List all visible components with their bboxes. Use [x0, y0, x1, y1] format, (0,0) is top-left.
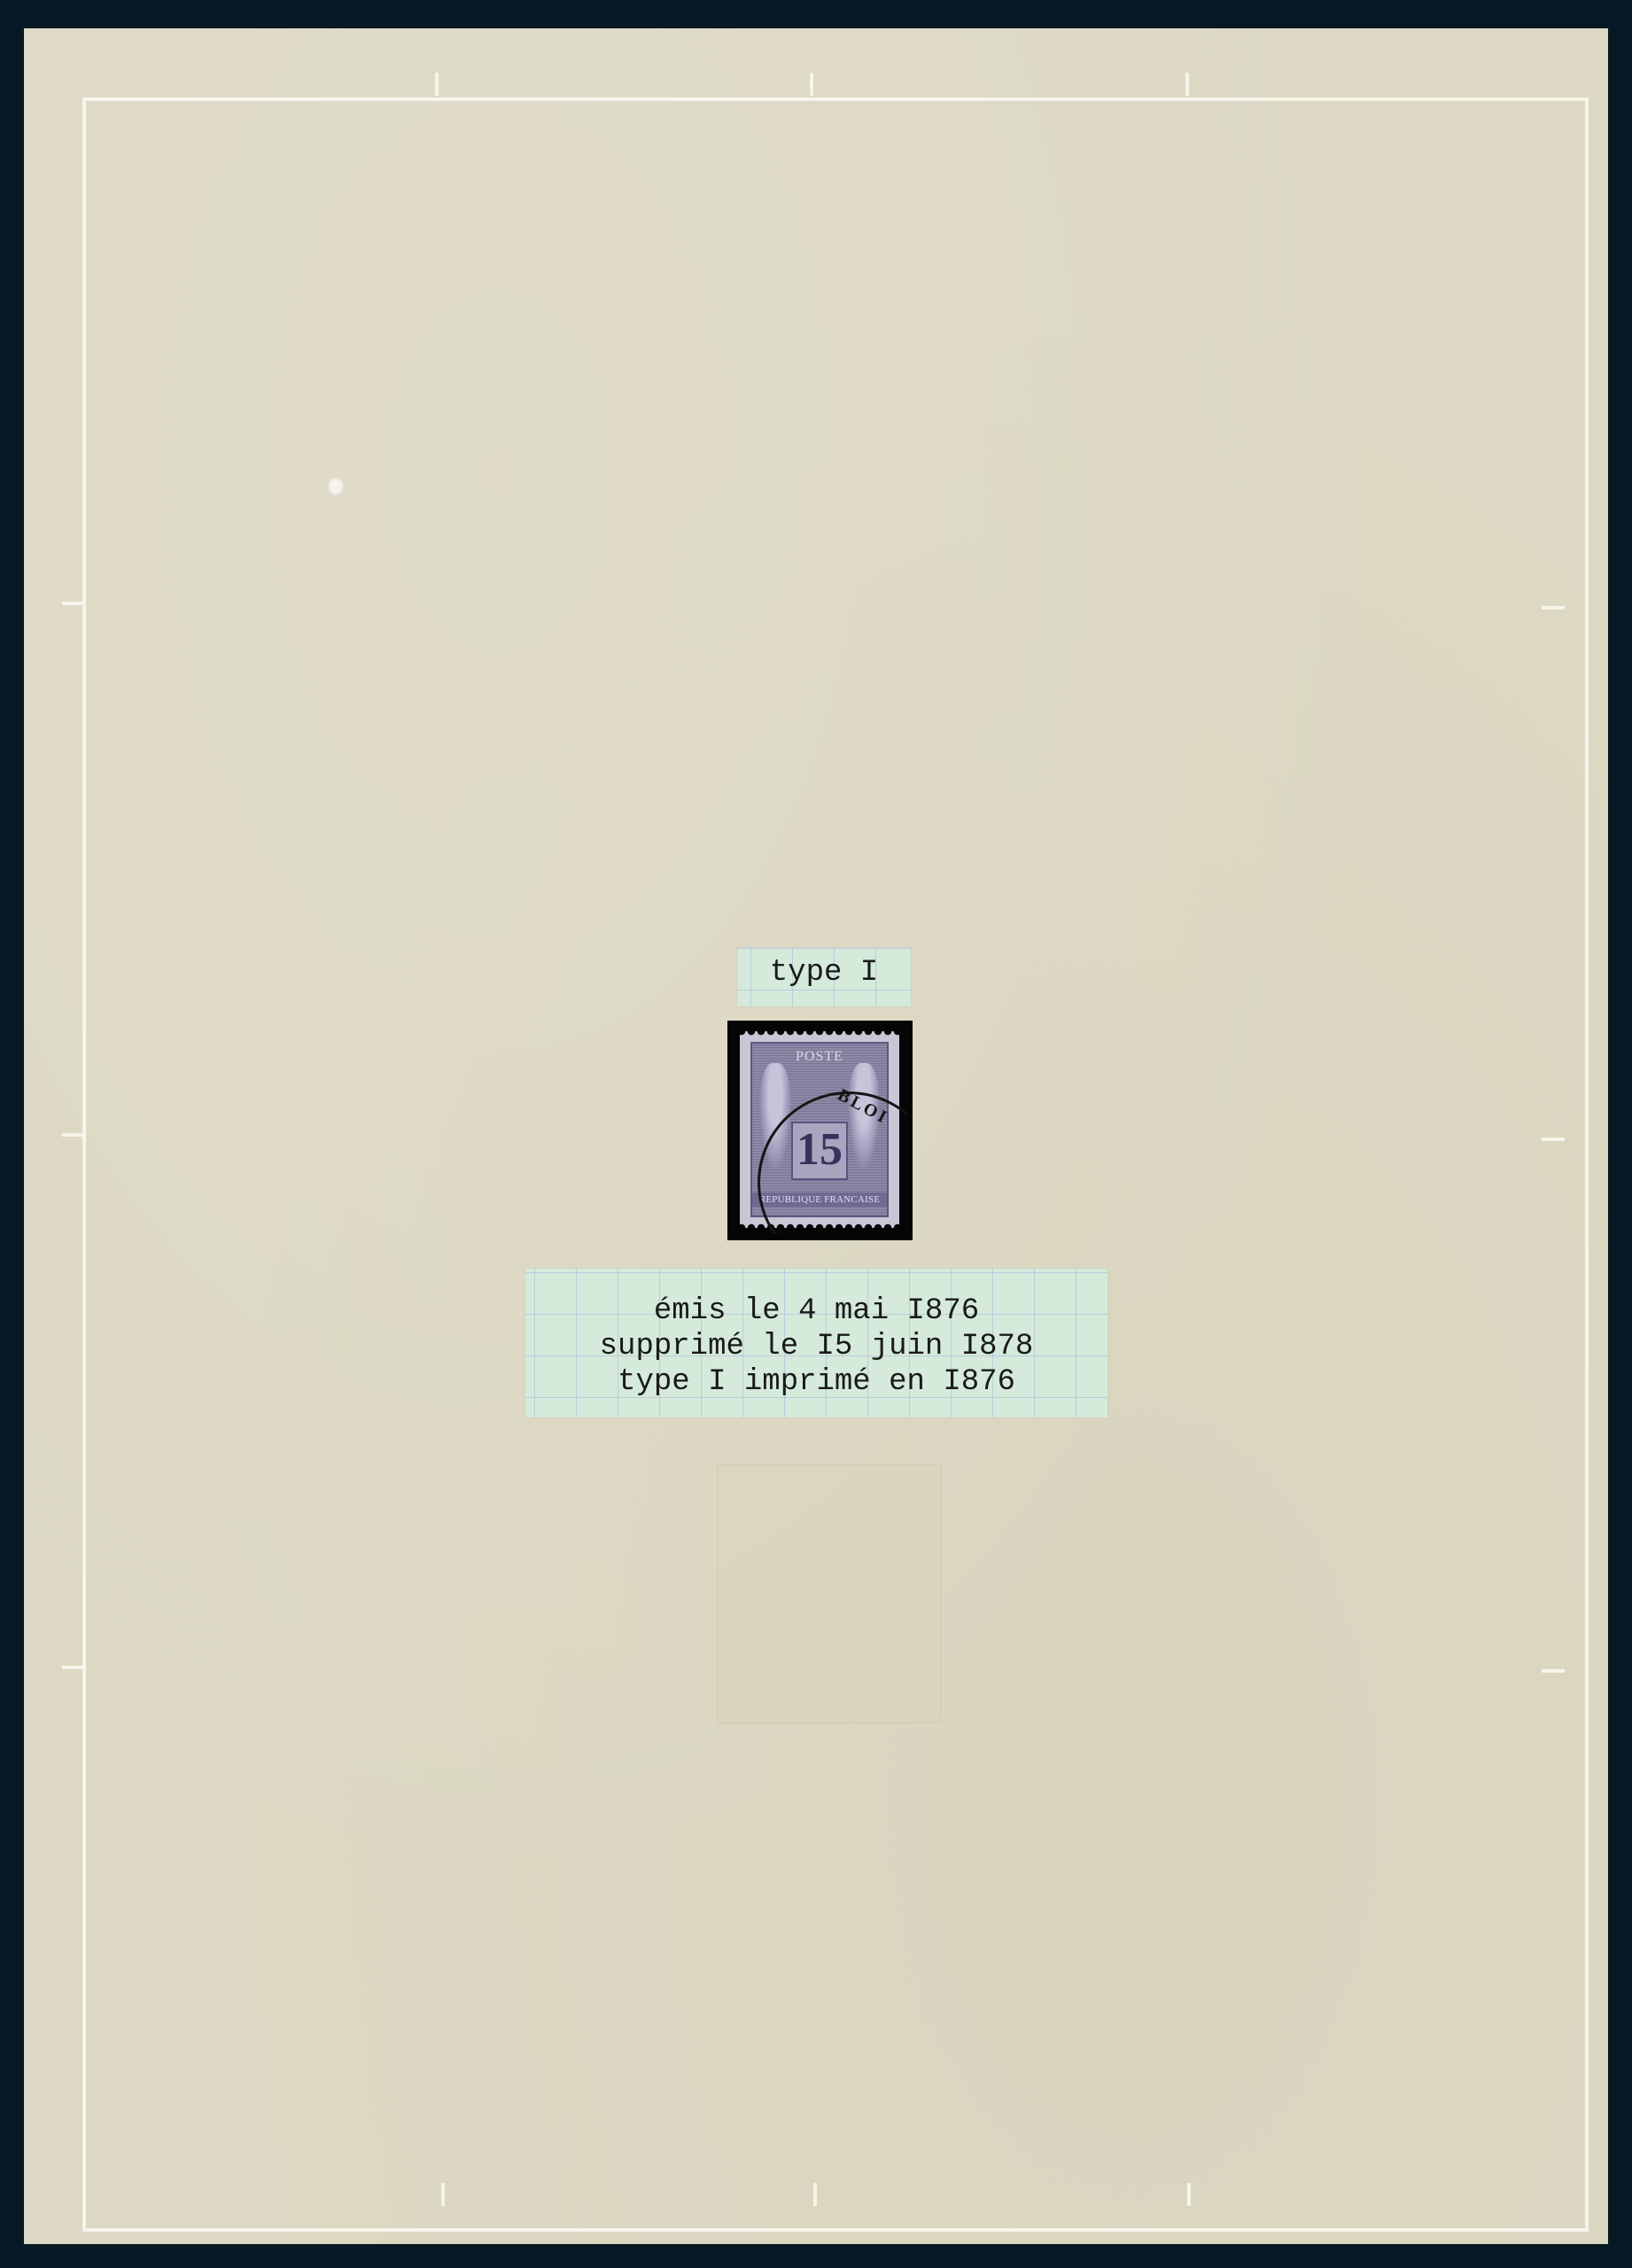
frame-tick-left-3	[62, 1666, 85, 1669]
stamp-mount: POSTE 15 REPUBLIQUE FRANCAISE BLOI	[727, 1021, 913, 1240]
type-label: type I	[737, 948, 911, 1006]
frame-tick-left-1	[62, 602, 85, 605]
frame-tick-left-2	[62, 1133, 85, 1137]
frame-tick-bottom-2	[813, 2183, 817, 2206]
paper-speck	[329, 478, 343, 494]
info-label: émis le 4 mai I876 supprimé le I5 juin I…	[525, 1269, 1107, 1417]
frame-tick-bottom-1	[441, 2183, 445, 2206]
frame-tick-right-3	[1542, 1669, 1565, 1673]
frame-tick-right-2	[1542, 1138, 1565, 1141]
frame-tick-top-1	[435, 73, 439, 96]
info-line-issued: émis le 4 mai I876	[525, 1293, 1107, 1329]
ghost-mount-mark	[717, 1464, 942, 1724]
info-line-printed: type I imprimé en I876	[525, 1364, 1107, 1400]
info-line-withdrawn: supprimé le I5 juin I878	[525, 1329, 1107, 1364]
frame-tick-right-1	[1542, 606, 1565, 610]
frame-tick-top-3	[1185, 73, 1189, 96]
frame-tick-bottom-3	[1187, 2183, 1191, 2206]
type-label-text: type I	[770, 956, 878, 990]
frame-tick-top-2	[810, 73, 813, 96]
